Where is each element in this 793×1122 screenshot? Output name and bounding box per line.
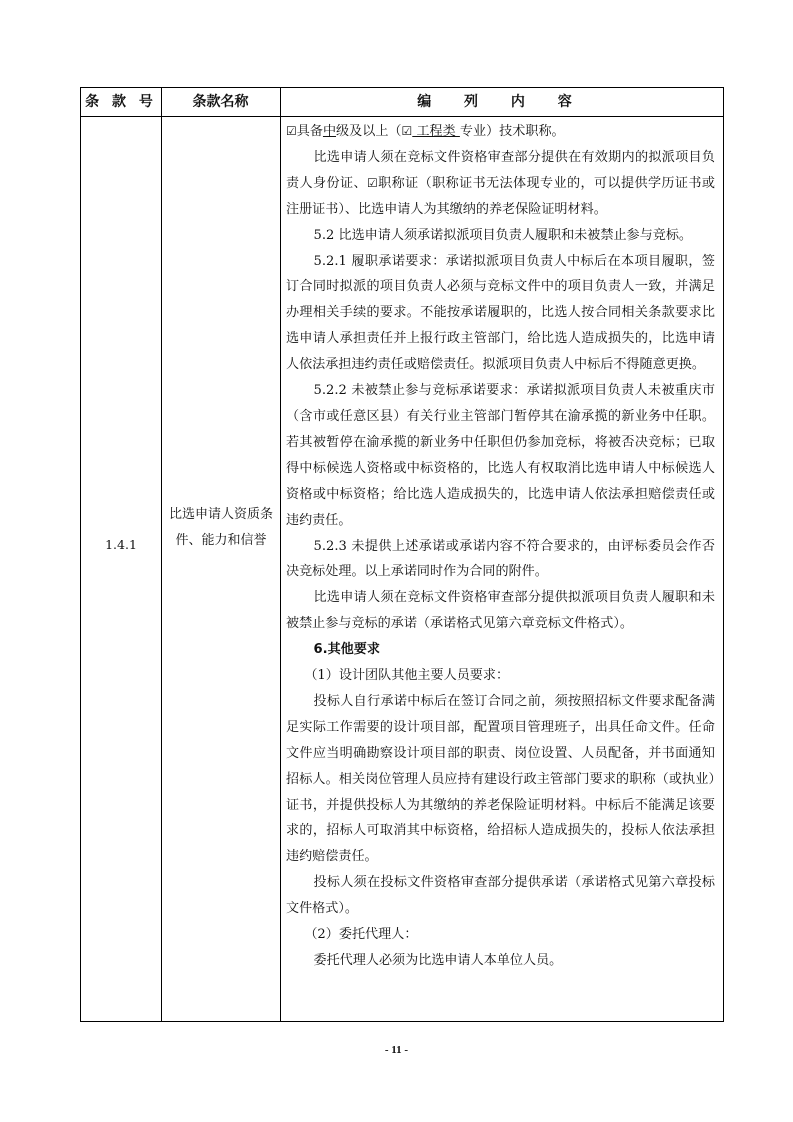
checkbox-checked-icon: ☑ [367, 176, 378, 190]
table-header-row: 条 款 号 条款名称 编 列 内 容 [81, 88, 723, 117]
clause-table: 条 款 号 条款名称 编 列 内 容 1.4.1 比选申请人资质条件、能力和信誉… [80, 87, 724, 1022]
text: 专业）技术职称。 [460, 124, 565, 139]
paragraph-5-2-1: 5.2.1 履职承诺要求：承诺拟派项目负责人中标后在本项目履职，签订合同时拟派的… [286, 249, 715, 379]
clause-name: 比选申请人资质条件、能力和信誉 [165, 502, 277, 553]
text: 级及以上（ [336, 124, 401, 139]
paragraph-id-documents: 比选申请人须在竞标文件资格审查部分提供在有效期内的拟派项目负责人身份证、☑职称证… [286, 145, 715, 223]
section-heading-6: 6.其他要求 [286, 637, 715, 663]
column-divider [161, 88, 162, 1021]
paragraph-agent: 委托代理人必须为比选申请人本单位人员。 [286, 948, 715, 974]
subheading-agent: （2）委托代理人： [286, 922, 715, 948]
clause-content: ☑具备中级及以上（☑ 工程类 专业）技术职称。 比选申请人须在竞标文件资格审查部… [286, 119, 715, 974]
checkbox-checked-icon: ☑ [402, 124, 413, 138]
major-field: 工程类 [412, 124, 460, 139]
checkbox-checked-icon: ☑ [286, 124, 297, 138]
paragraph-5-2-3: 5.2.3 未提供上述承诺或承诺内容不符合要求的，由评标委员会作否决竞标处理。以… [286, 534, 715, 586]
paragraph-commitment: 比选申请人须在竞标文件资格审查部分提供拟派项目负责人履职和未被禁止参与竞标的承诺… [286, 585, 715, 637]
clause-number: 1.4.1 [81, 537, 161, 552]
header-clause-no: 条 款 号 [81, 88, 161, 116]
header-clause-name: 条款名称 [161, 88, 280, 116]
title-level: 中 [323, 124, 336, 139]
title-requirement-line: ☑具备中级及以上（☑ 工程类 专业）技术职称。 [286, 119, 715, 145]
subheading-design-team: （1）设计团队其他主要人员要求： [286, 663, 715, 689]
paragraph-5-2: 5.2 比选申请人须承诺拟派项目负责人履职和未被禁止参与竞标。 [286, 223, 715, 249]
column-divider [280, 88, 281, 1021]
page-number: - 11 - [0, 1044, 793, 1056]
paragraph-design-team-commitment: 投标人须在投标文件资格审查部分提供承诺（承诺格式见第六章投标文件格式）。 [286, 870, 715, 922]
paragraph-5-2-2: 5.2.2 未被禁止参与竞标承诺要求：承诺拟派项目负责人未被重庆市（含市或任意区… [286, 378, 715, 533]
header-content: 编 列 内 容 [280, 88, 723, 116]
text: 具备 [297, 124, 323, 139]
paragraph-design-team: 投标人自行承诺中标后在签订合同之前，须按照招标文件要求配备满足实际工作需要的设计… [286, 689, 715, 870]
